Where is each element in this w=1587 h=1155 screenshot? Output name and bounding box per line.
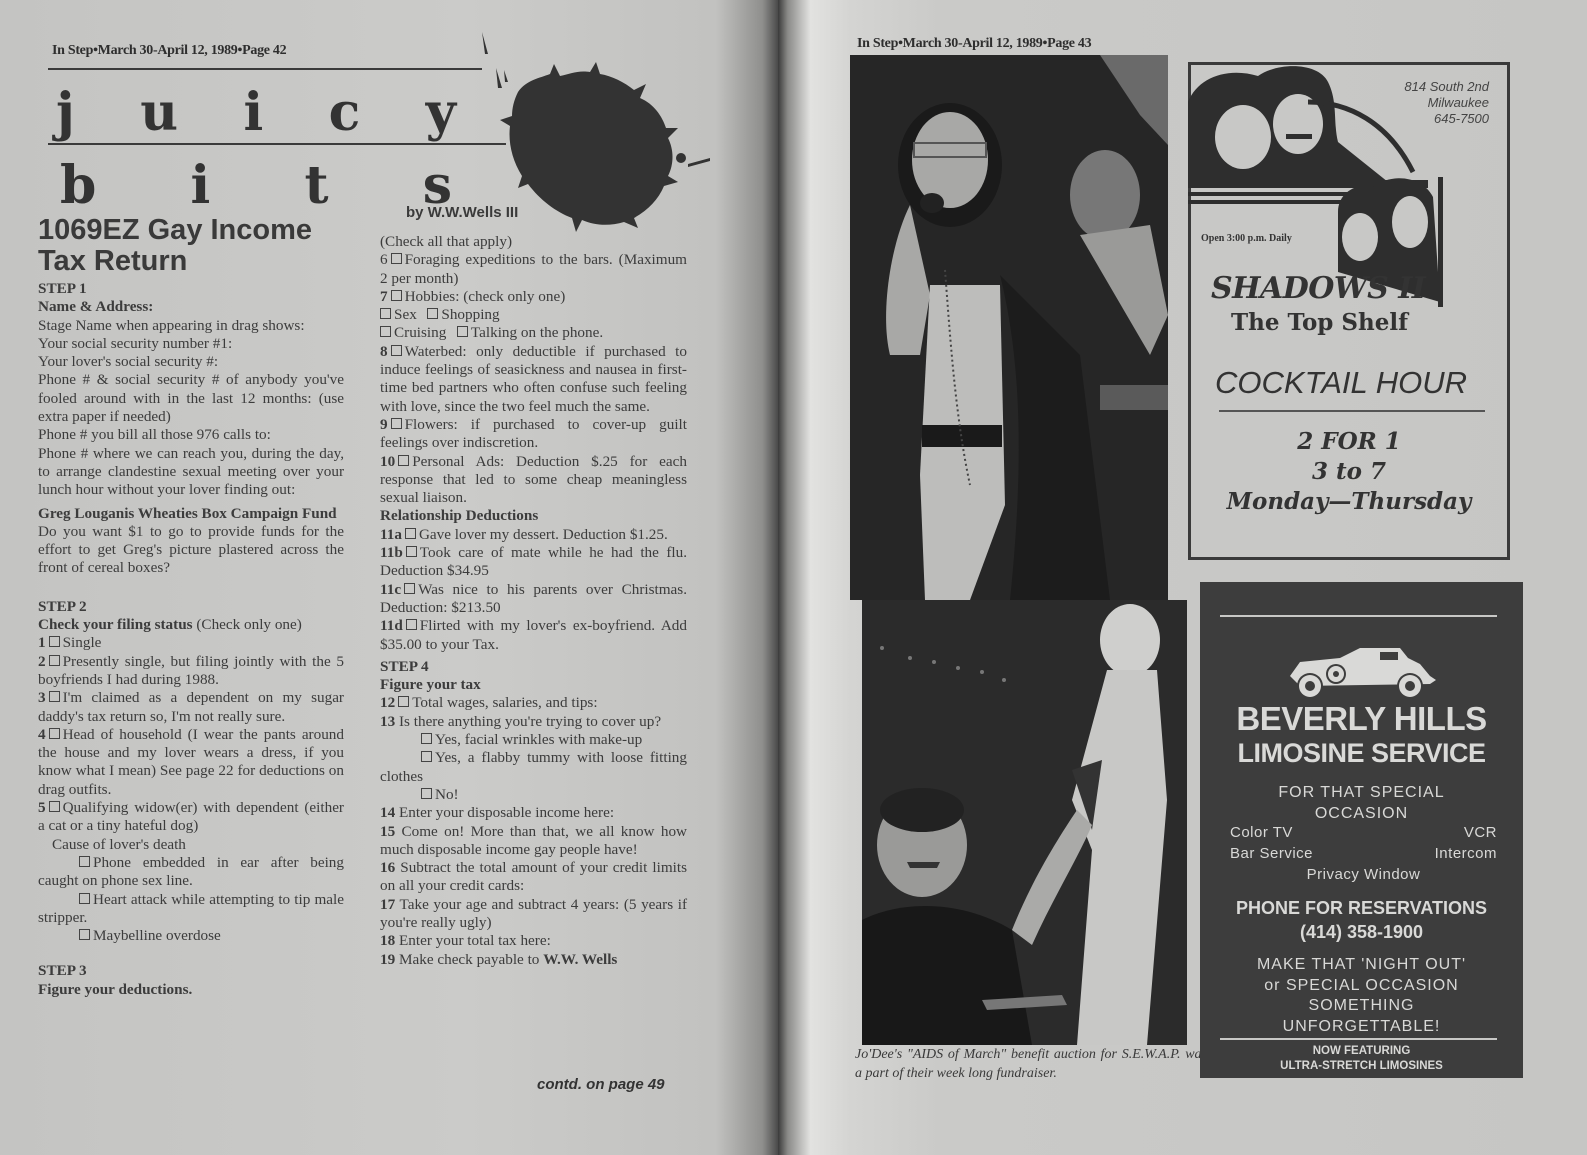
- checkbox-icon[interactable]: [79, 929, 90, 940]
- filing-option-1[interactable]: 1Single: [38, 634, 344, 652]
- option-number: 2: [38, 653, 46, 670]
- limo-pitch: MAKE THAT 'NIGHT OUT' or SPECIAL OCCASIO…: [1200, 955, 1523, 1037]
- item-number: 17: [380, 896, 395, 913]
- now-featuring-label: NOW FEATURING: [1200, 1044, 1523, 1059]
- item-text: Waterbed: only deductible if purchased t…: [380, 343, 687, 415]
- form-line: Stage Name when appearing in drag shows:: [38, 317, 344, 335]
- checkbox-icon[interactable]: [405, 528, 416, 539]
- limo-reservations: PHONE FOR RESERVATIONS (414) 358-1900: [1200, 896, 1523, 944]
- cause-option-3[interactable]: Maybelline overdose: [38, 927, 344, 945]
- checkbox-icon[interactable]: [427, 308, 438, 319]
- pitch-line: SOMETHING: [1200, 996, 1523, 1017]
- shadows-name: SHADOWS II: [1211, 271, 1425, 306]
- checkbox-icon[interactable]: [391, 290, 402, 301]
- masthead-bits: b i t s: [60, 155, 452, 216]
- feature-item: Intercom: [1435, 843, 1497, 864]
- check-all-note: (Check all that apply): [380, 233, 687, 251]
- fund-title: Greg Louganis Wheaties Box Campaign Fund: [38, 505, 344, 523]
- cause-label: Cause of lover's death: [38, 836, 344, 854]
- masthead-letter: t: [305, 155, 329, 216]
- checkbox-icon[interactable]: [49, 801, 60, 812]
- checkbox-icon[interactable]: [421, 788, 432, 799]
- filing-option-4[interactable]: 4Head of household (I wear the pants aro…: [38, 726, 344, 799]
- checkbox-icon[interactable]: [391, 418, 402, 429]
- checkbox-icon[interactable]: [406, 546, 417, 557]
- deal-line: Monday—Thursday: [1191, 487, 1507, 517]
- item-text: Make check payable to: [399, 951, 543, 968]
- left-page: In Step•March 30-April 12, 1989•Page 42 …: [0, 0, 778, 1155]
- photo-man-with-statue: [862, 600, 1187, 1045]
- article-column-1: STEP 1 Name & Address: Stage Name when a…: [38, 280, 344, 999]
- tax-item-18: 18 Enter your total tax here:: [380, 932, 687, 950]
- checkbox-icon[interactable]: [421, 733, 432, 744]
- limo-title-line-1: BEVERLY HILLS: [1200, 702, 1523, 736]
- cause-option-2[interactable]: Heart attack while attempting to tip mal…: [38, 891, 344, 928]
- item-number: 11b: [380, 544, 403, 561]
- checkbox-icon[interactable]: [421, 751, 432, 762]
- item-text: Total wages, salaries, and tips:: [412, 694, 597, 711]
- shadows-ii-ad[interactable]: 814 South 2nd Milwaukee 645-7500 Open 3:…: [1188, 62, 1510, 560]
- masthead-letter: b: [60, 155, 96, 216]
- hobby-option: Sex: [394, 306, 417, 323]
- checkbox-icon[interactable]: [406, 619, 417, 630]
- option-text: Maybelline overdose: [93, 927, 221, 944]
- form-line: Phone # & social security # of anybody y…: [38, 371, 344, 426]
- item-text: Gave lover my dessert. Deduction $1.25.: [419, 526, 668, 543]
- step2-note: (Check only one): [193, 616, 302, 633]
- coverup-option-3[interactable]: No!: [380, 786, 687, 804]
- checkbox-icon[interactable]: [49, 728, 60, 739]
- fund-text: Do you want $1 to go to provide funds fo…: [38, 523, 344, 578]
- option-number: 5: [38, 799, 46, 816]
- address-phone: 645-7500: [1404, 111, 1489, 127]
- step1-title: Name & Address:: [38, 298, 344, 316]
- running-head-right: In Step•March 30-April 12, 1989•Page 43: [857, 36, 1091, 52]
- pitch-line: or SPECIAL OCCASION: [1200, 976, 1523, 997]
- item-text: Take your age and subtract 4 years: (5 y…: [380, 896, 687, 931]
- item-number: 16: [380, 859, 395, 876]
- photo-caption: Jo'Dee's "AIDS of March" benefit auction…: [855, 1045, 1207, 1083]
- hobby-option: Talking on the phone.: [471, 324, 603, 341]
- checkbox-icon[interactable]: [79, 856, 90, 867]
- shadows-subtitle: The Top Shelf: [1231, 309, 1408, 336]
- option-text: Qualifying widow(er) with dependent (eit…: [38, 799, 344, 834]
- item-text: Took care of mate while he had the flu. …: [380, 544, 687, 579]
- tax-item-14: 14 Enter your disposable income here:: [380, 804, 687, 822]
- checkbox-icon[interactable]: [49, 691, 60, 702]
- masthead-rule-mid: [48, 143, 506, 145]
- option-text: Head of household (I wear the pants arou…: [38, 726, 344, 798]
- step4-label: STEP 4: [380, 658, 687, 676]
- tax-item-13: 13 Is there anything you're trying to co…: [380, 713, 687, 731]
- headline-line-1: 1069EZ Gay Income: [38, 215, 312, 246]
- form-line: Your social security number #1:: [38, 335, 344, 353]
- item-text: Flowers: if purchased to cover-up guilt …: [380, 416, 687, 451]
- limo-now-featuring: NOW FEATURING ULTRA-STRETCH LIMOSINES: [1200, 1044, 1523, 1074]
- masthead-letter: i: [243, 82, 263, 143]
- step2-heading: Check your filing status (Check only one…: [38, 616, 344, 634]
- limo-features: Color TVVCR Bar ServiceIntercom Privacy …: [1230, 822, 1497, 885]
- feature-item: VCR: [1464, 822, 1497, 843]
- tax-item-12[interactable]: 12Total wages, salaries, and tips:: [380, 694, 687, 712]
- item-number: 11c: [380, 581, 401, 598]
- hobby-row-1: Sex Shopping: [380, 306, 687, 324]
- payee: W.W. Wells: [543, 951, 617, 968]
- tagline-line: FOR THAT SPECIAL: [1200, 782, 1523, 803]
- option-number: 4: [38, 726, 46, 743]
- deal-line: 2 FOR 1: [1191, 427, 1507, 457]
- article-column-2: (Check all that apply) 6Foraging expedit…: [380, 233, 687, 969]
- item-text: Was nice to his parents over Christmas. …: [380, 581, 687, 616]
- tagline-line: OCCASION: [1200, 803, 1523, 824]
- cause-option-1[interactable]: Phone embedded in ear after being caught…: [38, 854, 344, 891]
- coverup-option-2[interactable]: Yes, a flabby tummy with loose fitting c…: [380, 749, 687, 786]
- checkbox-icon[interactable]: [398, 696, 409, 707]
- hobby-option: Shopping: [441, 306, 499, 323]
- item-text: Enter your total tax here:: [399, 932, 551, 949]
- now-featuring-text: ULTRA-STRETCH LIMOSINES: [1200, 1059, 1523, 1074]
- photo-woman-with-microphone: [850, 55, 1168, 600]
- item-text: Foraging expeditions to the bars. (Maxim…: [380, 251, 687, 286]
- shadows-divider: [1219, 410, 1485, 412]
- checkbox-icon[interactable]: [398, 455, 409, 466]
- item-text: Come on! More than that, we all know how…: [380, 823, 687, 858]
- address-city: Milwaukee: [1404, 95, 1489, 111]
- limo-divider-bottom: [1220, 1038, 1497, 1040]
- masthead-letter: c: [329, 82, 361, 143]
- pitch-line: UNFORGETTABLE!: [1200, 1017, 1523, 1038]
- limo-title-line-2: LIMOSINE SERVICE: [1200, 736, 1523, 770]
- item-text: Is there anything you're trying to cover…: [399, 713, 661, 730]
- filing-option-2[interactable]: 2Presently single, but filing jointly wi…: [38, 653, 344, 690]
- address-street: 814 South 2nd: [1404, 79, 1489, 95]
- option-number: 1: [38, 634, 46, 651]
- relationship-deductions-title: Relationship Deductions: [380, 507, 687, 525]
- step2-label: STEP 2: [38, 598, 344, 616]
- item-number: 7: [380, 288, 388, 305]
- filing-option-5[interactable]: 5Qualifying widow(er) with dependent (ei…: [38, 799, 344, 836]
- deduction-item-8[interactable]: 8Waterbed: only deductible if purchased …: [380, 343, 687, 416]
- step3-label: STEP 3: [38, 962, 344, 980]
- tax-item-16: 16 Subtract the total amount of your cre…: [380, 859, 687, 896]
- item-text: Personal Ads: Deduction $.25 for each re…: [380, 453, 687, 507]
- checkbox-icon[interactable]: [404, 583, 415, 594]
- checkbox-icon[interactable]: [391, 345, 402, 356]
- item-text: Flirted with my lover's ex-boyfriend. Ad…: [380, 617, 687, 652]
- step4-title: Figure your tax: [380, 676, 687, 694]
- form-line: Phone # you bill all those 976 calls to:: [38, 426, 344, 444]
- reservations-label: PHONE FOR RESERVATIONS: [1200, 896, 1523, 920]
- checkbox-icon[interactable]: [391, 253, 402, 264]
- masthead-letter: u: [140, 82, 178, 143]
- deduction-item-10[interactable]: 10Personal Ads: Deduction $.25 for each …: [380, 453, 687, 508]
- item-number: 6: [380, 251, 388, 268]
- option-text: No!: [435, 786, 459, 803]
- deduction-item-9[interactable]: 9Flowers: if purchased to cover-up guilt…: [380, 416, 687, 453]
- item-text: Enter your disposable income here:: [399, 804, 614, 821]
- filing-option-3[interactable]: 3I'm claimed as a dependent on my sugar …: [38, 689, 344, 726]
- step2-title: Check your filing status: [38, 616, 193, 633]
- relationship-item-11d[interactable]: 11dFlirted with my lover's ex-boyfriend.…: [380, 617, 687, 654]
- byline: by W.W.Wells III: [406, 204, 518, 221]
- item-number: 8: [380, 343, 388, 360]
- form-line: Your lover's social security #:: [38, 353, 344, 371]
- coverup-option-1[interactable]: Yes, facial wrinkles with make-up: [380, 731, 687, 749]
- item-number: 11a: [380, 526, 402, 543]
- item-number: 13: [380, 713, 395, 730]
- item-number: 11d: [380, 617, 403, 634]
- relationship-item-11c[interactable]: 11cWas nice to his parents over Christma…: [380, 581, 687, 618]
- checkbox-icon[interactable]: [457, 326, 468, 337]
- checkbox-icon[interactable]: [49, 636, 60, 647]
- option-text: Single: [63, 634, 102, 651]
- article-headline: 1069EZ Gay Income Tax Return: [38, 215, 312, 277]
- feature-item: Privacy Window: [1230, 864, 1497, 885]
- pitch-line: MAKE THAT 'NIGHT OUT': [1200, 955, 1523, 976]
- hobby-row-2: Cruising Talking on the phone.: [380, 324, 687, 342]
- cocktail-deal: 2 FOR 1 3 to 7 Monday—Thursday: [1191, 427, 1507, 517]
- item-number: 10: [380, 453, 395, 470]
- item-number: 15: [380, 823, 395, 840]
- checkbox-icon[interactable]: [79, 893, 90, 904]
- option-text: I'm claimed as a dependent on my sugar d…: [38, 689, 344, 724]
- beverly-hills-limo-ad[interactable]: BEVERLY HILLS LIMOSINE SERVICE FOR THAT …: [1200, 582, 1523, 1078]
- vintage-car-icon: [1280, 642, 1445, 702]
- hobby-option: Cruising: [394, 324, 446, 341]
- masthead-letter: i: [191, 155, 211, 216]
- step1-label: STEP 1: [38, 280, 344, 298]
- feature-item: Color TV: [1230, 822, 1293, 843]
- option-text: Presently single, but filing jointly wit…: [38, 653, 344, 688]
- item-number: 9: [380, 416, 388, 433]
- checkbox-icon[interactable]: [380, 326, 391, 337]
- photo-man-with-statue-icon: [862, 600, 1187, 1045]
- limo-divider-top: [1220, 615, 1497, 617]
- relationship-item-11b[interactable]: 11bTook care of mate while he had the fl…: [380, 544, 687, 581]
- cocktail-hour-heading: COCKTAIL HOUR: [1215, 365, 1467, 401]
- checkbox-icon[interactable]: [49, 655, 60, 666]
- shadows-hours: Open 3:00 p.m. Daily: [1201, 233, 1292, 244]
- masthead-rule-top: [48, 68, 482, 70]
- feature-item: Bar Service: [1230, 843, 1313, 864]
- item-text: Subtract the total amount of your credit…: [380, 859, 687, 894]
- item-number: 12: [380, 694, 395, 711]
- item-number: 18: [380, 932, 395, 949]
- option-number: 3: [38, 689, 46, 706]
- masthead-juicy: j u i c y: [56, 82, 456, 143]
- item-number: 14: [380, 804, 395, 821]
- headline-line-2: Tax Return: [38, 246, 312, 277]
- option-text: Yes, facial wrinkles with make-up: [435, 731, 642, 748]
- running-head-left: In Step•March 30-April 12, 1989•Page 42: [52, 43, 286, 59]
- masthead-letter: j: [56, 82, 75, 143]
- step3-title: Figure your deductions.: [38, 981, 344, 999]
- limo-company-name: BEVERLY HILLS LIMOSINE SERVICE: [1200, 702, 1523, 770]
- shadows-address: 814 South 2nd Milwaukee 645-7500: [1404, 79, 1489, 127]
- tax-item-15: 15 Come on! More than that, we all know …: [380, 823, 687, 860]
- photo-woman-with-microphone-icon: [850, 55, 1168, 600]
- deduction-item-6[interactable]: 6Foraging expeditions to the bars. (Maxi…: [380, 251, 687, 288]
- form-line: Phone # where we can reach you, during t…: [38, 445, 344, 500]
- checkbox-icon[interactable]: [380, 308, 391, 319]
- continued-link[interactable]: contd. on page 49: [537, 1076, 665, 1093]
- reservations-phone[interactable]: (414) 358-1900: [1200, 920, 1523, 944]
- deal-line: 3 to 7: [1191, 457, 1507, 487]
- item-text: Hobbies: (check only one): [405, 288, 566, 305]
- tax-item-17: 17 Take your age and subtract 4 years: (…: [380, 896, 687, 933]
- limo-tagline: FOR THAT SPECIAL OCCASION: [1200, 782, 1523, 824]
- masthead-letter: y: [426, 82, 456, 143]
- relationship-item-11a[interactable]: 11aGave lover my dessert. Deduction $1.2…: [380, 526, 687, 544]
- item-number: 19: [380, 951, 395, 968]
- tax-item-19: 19 Make check payable to W.W. Wells: [380, 951, 687, 969]
- deduction-item-7[interactable]: 7Hobbies: (check only one): [380, 288, 687, 306]
